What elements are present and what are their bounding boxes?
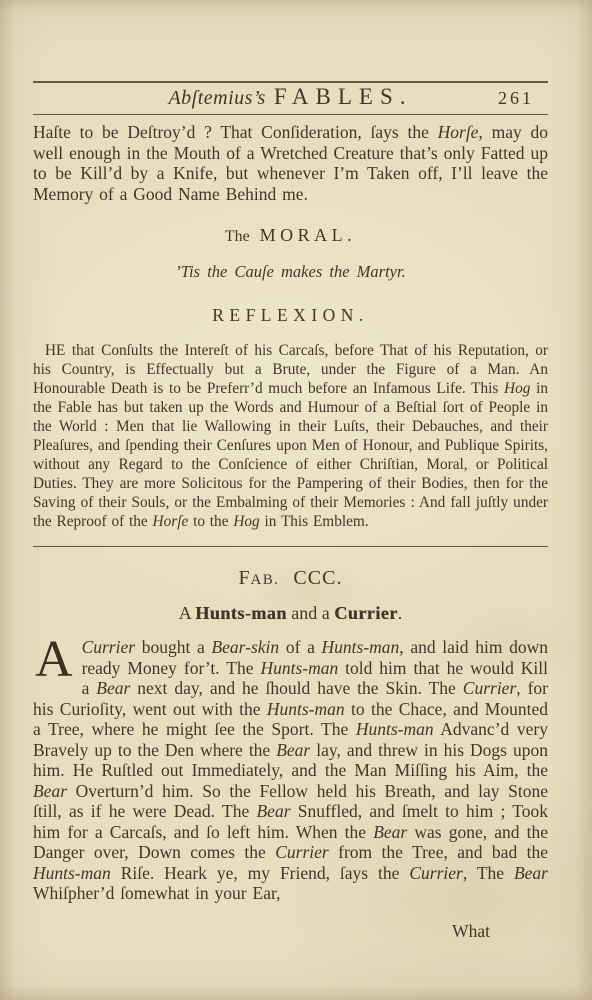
moral-text: ’Tis the Cauſe makes the Martyr. (33, 262, 548, 282)
moral-heading-the: The (225, 228, 250, 245)
reflexion-heading: REFLEXION. (33, 305, 548, 326)
moral-heading: TheMORAL. (33, 225, 548, 246)
fable-title: A Hunts-man and a Currier. (33, 603, 548, 624)
reflexion-paragraph: HE that Conſults the Intereſt of his Car… (33, 341, 548, 531)
moral-heading-caps: MORAL. (260, 225, 357, 245)
drop-cap: A (33, 637, 82, 680)
catchword: What (33, 921, 548, 942)
header-bottom-rule (33, 114, 548, 115)
book-page-scan: Abſtemius’sFABLES. 261 Haſte to be Deſtr… (0, 0, 592, 1000)
page-number: 261 (498, 88, 534, 109)
header-top-rule (33, 81, 548, 83)
fable-paragraph-text: Currier bought a Bear-skin of a Hunts-ma… (33, 637, 548, 903)
fable-number-heading: FAB. CCC. (33, 567, 548, 590)
section-divider-rule (33, 546, 548, 547)
header-author: Abſtemius’s (168, 87, 265, 109)
text-block: Abſtemius’sFABLES. 261 Haſte to be Deſtr… (33, 0, 548, 942)
header-book-title: FABLES. (274, 84, 413, 109)
running-header: Abſtemius’sFABLES. 261 (33, 84, 548, 112)
fable-paragraph: ACurrier bought a Bear-skin of a Hunts-m… (33, 637, 548, 904)
opening-paragraph: Haſte to be Deſtroy’d ? That Conſiderati… (33, 122, 548, 204)
